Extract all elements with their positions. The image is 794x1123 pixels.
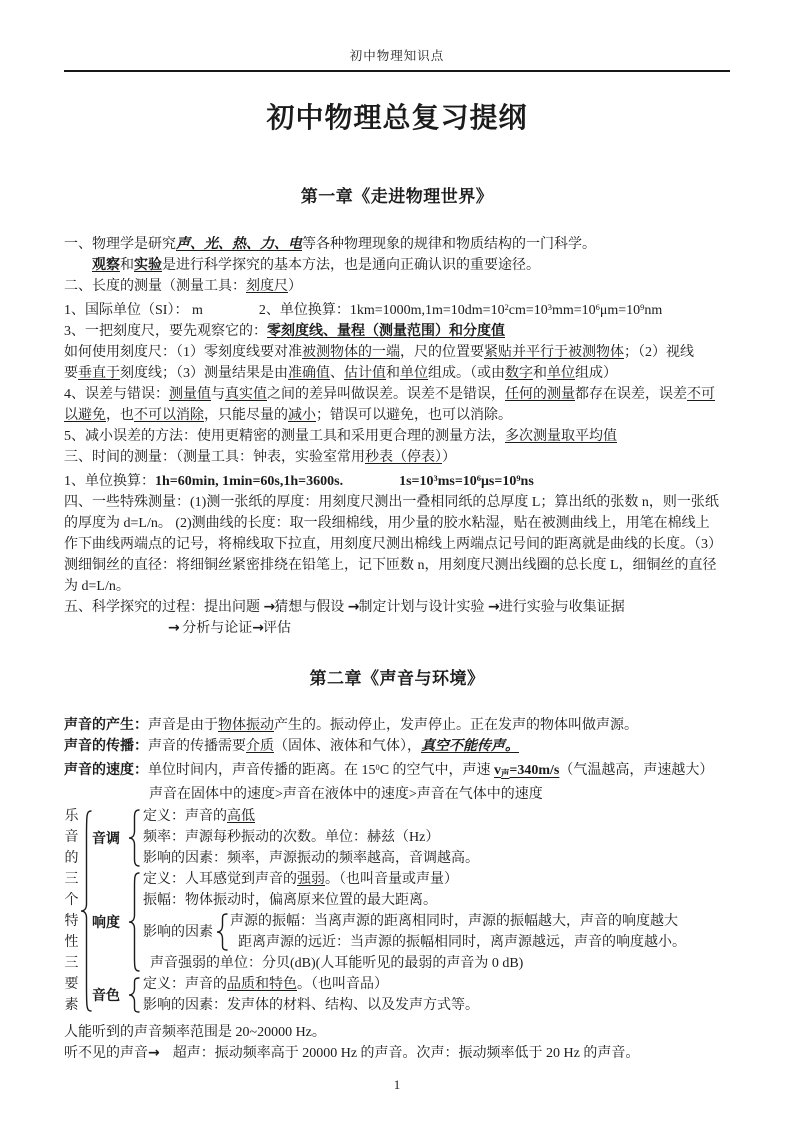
doc-line: 二、长度的测量（测量工具：刻度尺）: [64, 276, 730, 297]
branch-label-timbre: 音色: [92, 985, 127, 1005]
tree-line: 影响的因素: [143, 922, 213, 943]
doc-line: 五、科学探究的过程：提出问题 →猜想与假设 →制定计划与设计实验 →进行实验与收…: [64, 597, 730, 618]
doc-line: 如何使用刻度尺：（1）零刻度线要对准被测物体的一端，尺的位置要紧贴并平行于被测物…: [64, 342, 730, 363]
branch-timbre: 音色 定义：声音的品质和特色。（也叫音品） 影响的因素：发声体的材料、结构、以及…: [92, 974, 686, 1016]
doc-line: 测细铜丝的直径：将细铜丝紧密排绕在铅笔上，记下匝数 n，用刻度尺测出线圈的总长度…: [64, 555, 730, 576]
outer-brace-icon: [79, 810, 92, 1012]
doc-line: 5、减小误差的方法：使用更精密的测量工具和采用更合理的测量方法，多次测量取平均值: [64, 426, 730, 447]
doc-line: 观察和实验是进行科学探究的基本方法，也是通向正确认识的重要途径。: [64, 255, 730, 276]
doc-line: 1、国际单位（SI）： m 2、单位换算：1km=1000m,1m=10dm=1…: [64, 297, 730, 321]
doc-line: 四、一些特殊测量：(1)测一张纸的厚度：用刻度尺测出一叠相同纸的总厚度 L；算出…: [64, 492, 730, 513]
loudness-factors-row: 影响的因素 声源的振幅：当离声源的距离相同时，声源的振幅越大，声音的响度越大 距…: [143, 911, 686, 953]
doc-line: 声音的传播：声音的传播需要介质（固体、液体和气体），真空不能传声。: [64, 736, 730, 757]
document-title: 初中物理总复习提纲: [64, 102, 730, 136]
chapter2-footnotes: 人能听到的声音频率范围是 20~20000 Hz。听不见的声音→ 超声：振动频率…: [64, 1022, 730, 1064]
brace-icon: [127, 809, 140, 867]
tree-line: 定义：人耳感觉到声音的强弱。（也叫音量或声量）: [143, 869, 686, 890]
tree-line: 定义：声音的高低: [143, 806, 479, 827]
tree-line: 定义：声音的品质和特色。（也叫音品）: [143, 974, 479, 995]
page-header-text: 初中物理知识点: [64, 0, 730, 64]
branch-loudness: 响度 定义：人耳感觉到声音的强弱。（也叫音量或声量） 振幅：物体振动时，偏离原来…: [92, 869, 686, 974]
doc-line: 作下曲线两端点的记号，将棉线取下拉直，用刻度尺测出棉线上两端点记号间的距离就是曲…: [64, 534, 730, 555]
doc-line: 声音在固体中的速度>声音在液体中的速度>声音在气体中的速度: [64, 784, 730, 805]
brace-icon: [127, 977, 140, 1013]
tree-line: 声音强弱的单位：分贝(dB)(人耳能听见的最弱的声音为 0 dB): [143, 953, 686, 974]
tree-line: 距离声源的远近：当声源的振幅相同时，离声源越远，声音的响度越小。: [230, 932, 686, 953]
tree-line: 影响的因素：频率，声源振动的频率越高，音调越高。: [143, 848, 479, 869]
chapter2-intro: 声音的产生：声音是由于物体振动产生的。振动停止，发声停止。正在发声的物体叫做声源…: [64, 715, 730, 805]
doc-line: 声音的产生：声音是由于物体振动产生的。振动停止，发声停止。正在发声的物体叫做声源…: [64, 715, 730, 736]
tree-line: 频率：声源每秒振动的次数。单位：赫兹（Hz）: [143, 827, 479, 848]
branch-label-loudness: 响度: [92, 912, 127, 932]
doc-line: 以避免，也不可以消除，只能尽量的减小；错误可以避免，也可以消除。: [64, 405, 730, 426]
doc-line: 一、物理学是研究声、光、热、力、电等各种物理现象的规律和物质结构的一门科学。: [64, 234, 730, 255]
sound-three-characteristics-tree: 乐音的三个特性三要素 音调 定义：声音的高低 频率：声源每秒振动的次数。单位：赫…: [64, 806, 730, 1016]
page-number: 1: [64, 1077, 730, 1093]
tree-line: 振幅：物体振动时，偏离原来位置的最大距离。: [143, 890, 686, 911]
doc-line: 三、时间的测量：（测量工具：钟表，实验室常用秒表（停表））: [64, 447, 730, 468]
doc-line: 3、一把刻度尺，要先观察它的：零刻度线、量程（测量范围）和分度值: [64, 321, 730, 342]
tree-branches: 音调 定义：声音的高低 频率：声源每秒振动的次数。单位：赫兹（Hz） 影响的因素…: [92, 806, 686, 1016]
tree-root-label: 乐音的三个特性三要素: [64, 806, 79, 1016]
doc-line: 4、误差与错误：测量值与真实值之间的差异叫做误差。误差不是错误，任何的测量都存在…: [64, 384, 730, 405]
chapter2-heading: 第二章《声音与环境》: [64, 664, 730, 689]
document-page: 初中物理知识点 初中物理总复习提纲 第一章《走进物理世界》 一、物理学是研究声、…: [0, 0, 794, 1123]
brace-icon: [215, 913, 228, 951]
doc-line: 的厚度为 d=L/n。 (2)测曲线的长度：取一段细棉线，用少量的胶水粘湿，贴在…: [64, 513, 730, 534]
doc-line: 人能听到的声音频率范围是 20~20000 Hz。: [64, 1022, 730, 1043]
brace-icon: [127, 872, 140, 972]
tree-line: 声源的振幅：当离声源的距离相同时，声源的振幅越大，声音的响度越大: [230, 911, 686, 932]
tree-line: 影响的因素：发声体的材料、结构、以及发声方式等。: [143, 995, 479, 1016]
header-rule: [64, 70, 730, 72]
doc-line: 为 d=L/n。: [64, 576, 730, 597]
chapter1-body: 一、物理学是研究声、光、热、力、电等各种物理现象的规律和物质结构的一门科学。观察…: [64, 234, 730, 639]
branch-pitch: 音调 定义：声音的高低 频率：声源每秒振动的次数。单位：赫兹（Hz） 影响的因素…: [92, 806, 686, 869]
doc-line: → 分析与论证→评估: [64, 618, 730, 639]
doc-line: 要垂直于刻度线；（3）测量结果是由准确值、估计值和单位组成。（或由数字和单位组成…: [64, 363, 730, 384]
doc-line: 1、单位换算：1h=60min, 1min=60s,1h=3600s. 1s=1…: [64, 468, 730, 492]
branch-label-pitch: 音调: [92, 828, 127, 848]
doc-line: 声音的速度：单位时间内，声音传播的距离。在 150C 的空气中，声速 v声=34…: [64, 757, 730, 784]
chapter1-heading: 第一章《走进物理世界》: [64, 182, 730, 207]
doc-line: 听不见的声音→ 超声：振动频率高于 20000 Hz 的声音。次声：振动频率低于…: [64, 1043, 730, 1064]
